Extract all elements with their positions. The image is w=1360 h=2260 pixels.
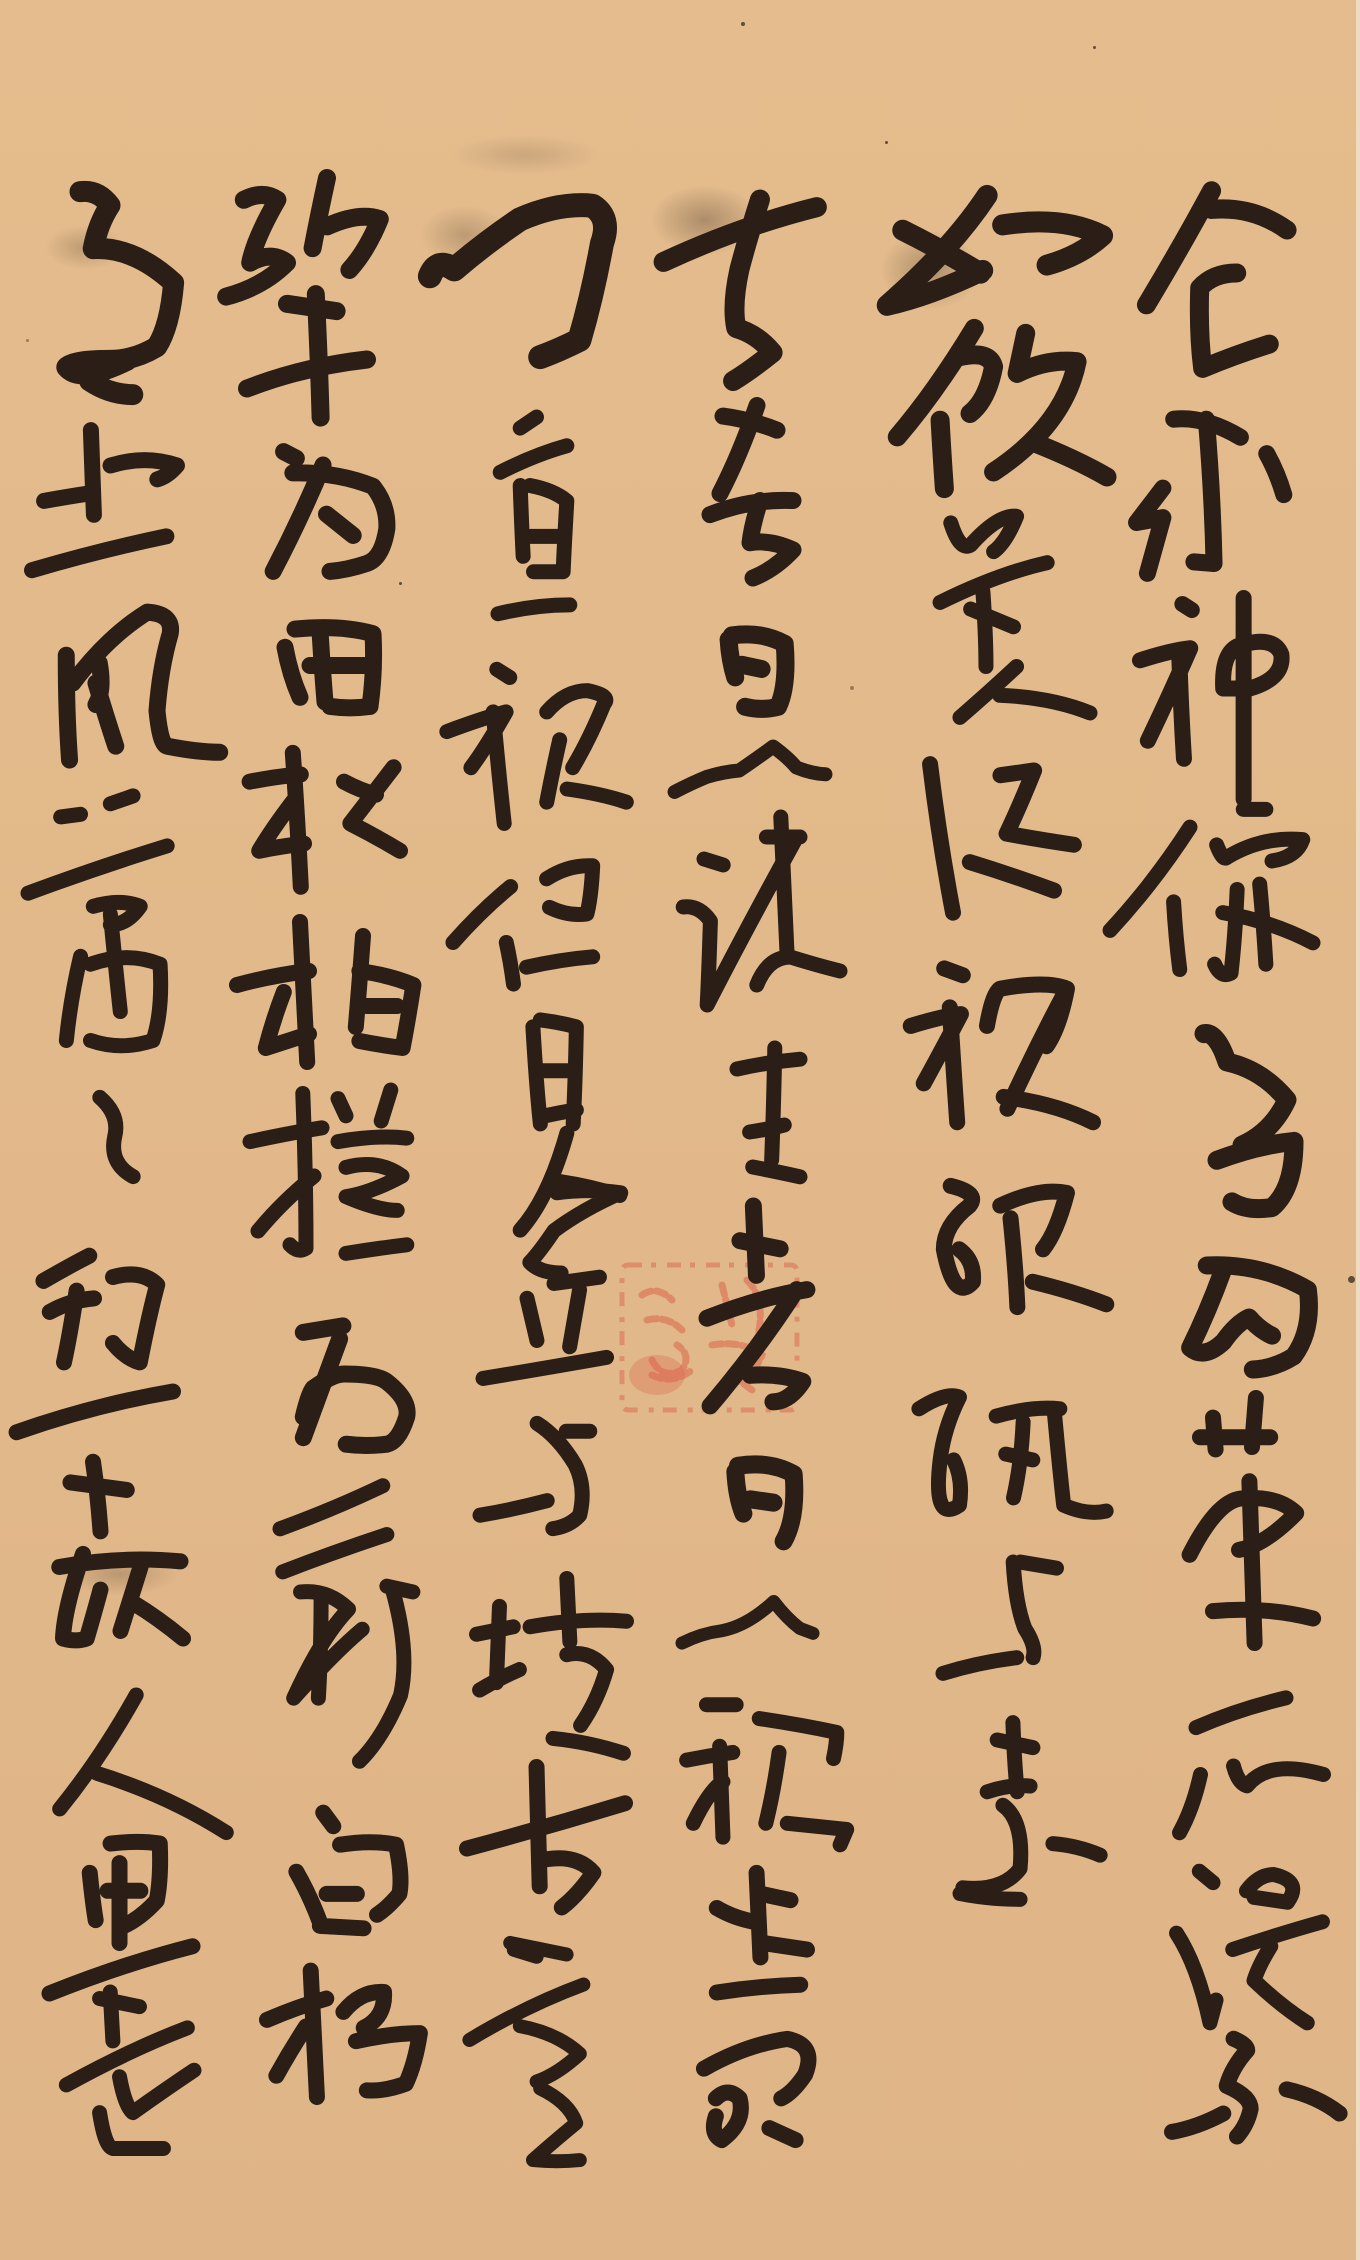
calligraphy-character: 但: [453, 858, 597, 988]
brush-glyph: [682, 1599, 813, 1648]
brush-glyph: [475, 1571, 628, 1757]
brush-glyph: [1172, 2033, 1343, 2148]
brush-glyph: [237, 922, 417, 1062]
calligraphy-character: 飲: [893, 325, 1107, 492]
brush-glyph: [483, 1178, 625, 1389]
calligraphy-character: 所: [1178, 1695, 1328, 1837]
brush-glyph: [62, 178, 182, 406]
brush-glyph: [700, 402, 800, 578]
brush-glyph: [1178, 1695, 1328, 1837]
ink-speck: [26, 339, 29, 342]
calligraphy-character: 殺: [58, 1458, 183, 1646]
brush-glyph: [937, 1176, 1108, 1317]
calligraphy-character: 々: [98, 1093, 135, 1181]
brush-glyph: [1135, 411, 1290, 575]
brush-glyph: [267, 1964, 423, 2097]
calligraphy-character: 松: [248, 750, 408, 894]
calligraphy-character: 被: [907, 960, 1093, 1129]
brush-glyph: [498, 406, 572, 627]
scan-edge: [1356, 0, 1360, 2260]
brush-glyph: [58, 1692, 228, 1840]
calligraphy-character: 酒: [927, 761, 1080, 919]
calligraphy-character: 楊: [267, 1964, 423, 2097]
calligraphy-character: 去: [662, 192, 820, 381]
calligraphy-character: 日: [730, 1459, 797, 1543]
calligraphy-character: 求: [1135, 411, 1290, 575]
brush-glyph: [453, 858, 597, 988]
calligraphy-character: 疏: [680, 813, 840, 1013]
calligraphy-character: 為: [300, 1322, 410, 1452]
brush-glyph: [722, 627, 788, 711]
brush-glyph: [673, 739, 827, 802]
brush-glyph: [58, 606, 223, 760]
brush-glyph: [917, 1384, 1110, 1530]
brush-glyph: [680, 813, 840, 1013]
brush-glyph: [28, 788, 170, 1051]
brush-glyph: [927, 761, 1080, 919]
brush-glyph: [300, 1322, 410, 1452]
brush-glyph: [65, 1992, 198, 2155]
calligraphy-character: 者: [700, 402, 800, 578]
brush-glyph: [445, 666, 630, 830]
brush-glyph: [467, 1936, 587, 2167]
brush-glyph: [480, 1420, 592, 1532]
calligraphy-character: 多: [1202, 1028, 1302, 1217]
calligraphy-character: 古: [467, 1767, 625, 1918]
brush-glyph: [907, 960, 1093, 1129]
calligraphy-character: 多: [62, 178, 182, 406]
calligraphy-character: 薪: [280, 1480, 417, 1767]
brush-glyph: [1142, 187, 1290, 374]
calligraphy-character: 人: [58, 1692, 228, 1840]
brush-glyph: [280, 1480, 417, 1767]
brush-glyph: [32, 427, 183, 581]
calligraphy-character: 為: [1185, 1257, 1313, 1378]
calligraphy-character: 墳: [475, 1571, 628, 1757]
brush-glyph: [58, 1458, 183, 1646]
brush-glyph: [15, 1246, 173, 1440]
calligraphy-character: 生: [737, 1048, 800, 1188]
calligraphy-character: 紈: [917, 1384, 1110, 1530]
calligraphy-character: 墓: [467, 1936, 587, 2167]
calligraphy-sheet: 食 求 神 僊 多 為 藥 所 誤 不 如 飲 美 酒 被 服 紈 與 素 去 …: [0, 0, 1360, 2260]
calligraphy-character: 日: [722, 627, 788, 711]
calligraphy-character: 柏: [237, 922, 417, 1062]
brush-glyph: [737, 1048, 800, 1188]
brush-glyph: [960, 1715, 1103, 1907]
calligraphy-character: 摧: [250, 1090, 410, 1262]
brush-glyph: [223, 178, 383, 420]
brush-glyph: [1108, 804, 1313, 982]
brush-glyph: [98, 1093, 135, 1181]
calligraphy-character: 郭: [698, 2027, 817, 2146]
brush-glyph: [272, 445, 388, 578]
calligraphy-character: 僊: [1108, 804, 1313, 982]
brush-glyph: [662, 192, 820, 381]
calligraphy-character: 直: [498, 406, 572, 627]
calligraphy-character: 不: [1172, 2033, 1343, 2148]
calligraphy-character: 愁: [15, 1246, 173, 1440]
ink-speck: [741, 22, 745, 26]
brush-glyph: [893, 325, 1107, 492]
brush-glyph: [280, 620, 380, 711]
calligraphy-character: 服: [937, 1176, 1108, 1317]
calligraphy-character: 門: [428, 192, 615, 364]
brush-glyph: [698, 2027, 817, 2146]
brush-glyph: [685, 1697, 850, 1851]
ink-speck: [1093, 46, 1096, 49]
calligraphy-character: 藥: [1187, 1398, 1317, 1643]
brush-glyph: [1175, 1868, 1327, 2031]
ink-smudge: [450, 135, 600, 175]
calligraphy-character: 親: [685, 1697, 850, 1851]
calligraphy-character: 悲: [32, 427, 183, 581]
calligraphy-character: 犁: [223, 178, 383, 420]
calligraphy-character: 視: [445, 666, 630, 830]
brush-glyph: [1187, 1398, 1317, 1643]
brush-glyph: [937, 503, 1090, 724]
calligraphy-character: 者: [707, 1206, 810, 1410]
calligraphy-character: 出: [710, 1869, 807, 1999]
calligraphy-character: 田: [280, 620, 380, 711]
brush-glyph: [248, 750, 408, 894]
brush-glyph: [1140, 598, 1297, 799]
calligraphy-character: 如: [885, 182, 1107, 316]
calligraphy-character: 以: [682, 1599, 813, 1648]
calligraphy-character: 神: [1140, 598, 1297, 799]
ink-speck: [885, 141, 888, 144]
ink-speck: [399, 582, 402, 585]
brush-glyph: [707, 1206, 810, 1410]
brush-glyph: [467, 1767, 625, 1918]
brush-glyph: [293, 1809, 405, 1932]
brush-glyph: [1185, 1257, 1313, 1378]
calligraphy-character: 還: [65, 1992, 198, 2155]
brush-glyph: [710, 1869, 807, 1999]
calligraphy-character: 風: [58, 606, 223, 760]
calligraphy-character: 蕭: [28, 788, 170, 1051]
calligraphy-character: 白: [293, 1809, 405, 1932]
brush-glyph: [943, 1556, 1060, 1677]
calligraphy-character: 食: [1142, 187, 1290, 374]
calligraphy-character: 美: [937, 503, 1090, 724]
brush-glyph: [730, 1459, 797, 1543]
calligraphy-character: 為: [272, 445, 388, 578]
calligraphy-character: 以: [673, 739, 827, 802]
brush-glyph: [1202, 1028, 1302, 1217]
ink-speck: [1348, 1276, 1355, 1283]
brush-glyph: [48, 1837, 197, 2000]
brush-glyph: [885, 182, 1107, 316]
calligraphy-character: 丘: [483, 1178, 625, 1389]
brush-glyph: [250, 1090, 410, 1262]
calligraphy-character: 思: [48, 1837, 197, 2000]
calligraphy-character: 與: [480, 1420, 592, 1532]
calligraphy-character: 素: [960, 1715, 1103, 1907]
brush-glyph: [428, 192, 615, 364]
calligraphy-character: 誤: [1175, 1868, 1327, 2031]
ink-speck: [850, 686, 854, 690]
calligraphy-character: 與: [943, 1556, 1060, 1677]
